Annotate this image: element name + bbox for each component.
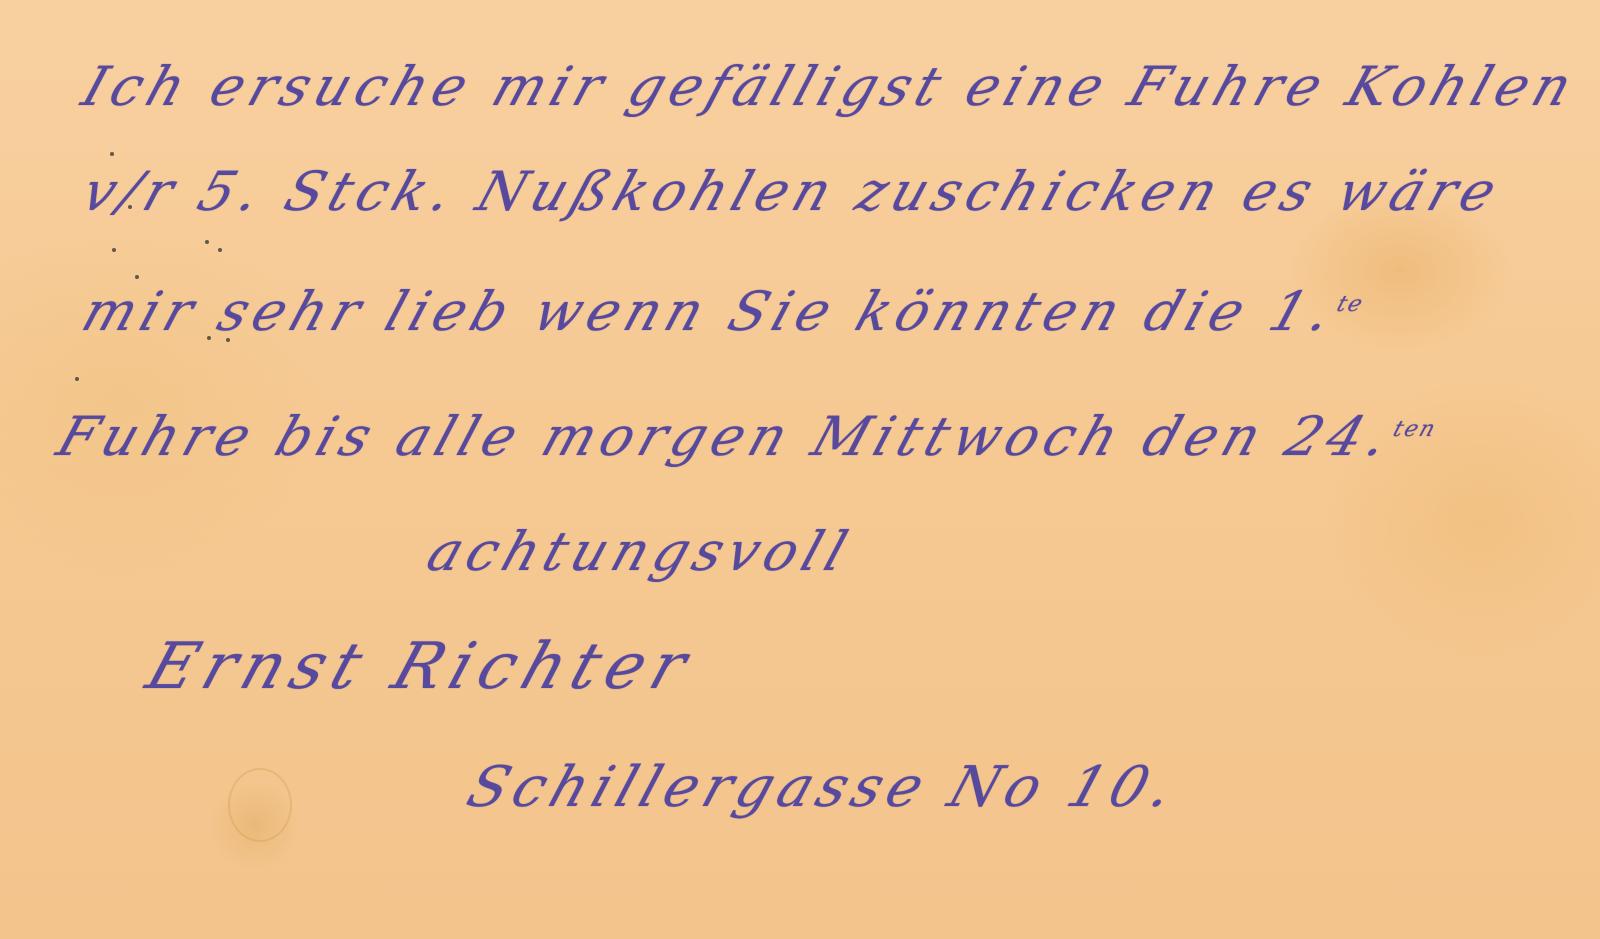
letter-line-1-text: Ich ersuche mir gefälligst eine Fuhre Ko…	[75, 55, 1586, 118]
letter-line-3: mir sehr lieb wenn Sie könnten die 1.te	[75, 280, 1372, 343]
ink-speck	[218, 248, 222, 252]
signature: Ernst Richter	[138, 630, 703, 704]
letter-line-2: v/r 5. Stck. Nußkohlen zuschicken es wär…	[75, 160, 1510, 223]
ink-speck	[205, 240, 209, 244]
ink-speck	[110, 152, 114, 156]
ink-speck	[112, 248, 116, 252]
ink-speck	[135, 275, 139, 279]
ordinal-suffix: ten	[1390, 417, 1440, 442]
letter-line-1: Ich ersuche mir gefälligst eine Fuhre Ko…	[75, 55, 1586, 118]
postcard: Ich ersuche mir gefälligst eine Fuhre Ko…	[0, 0, 1600, 939]
letter-line-4-text: Fuhre bis alle morgen Mittwoch den 24.	[50, 405, 1402, 468]
address: Schillergasse No 10.	[459, 755, 1187, 820]
ink-speck	[75, 377, 79, 381]
letter-line-4: Fuhre bis alle morgen Mittwoch den 24.te…	[50, 405, 1444, 468]
closing: achtungsvoll	[420, 520, 861, 583]
letter-line-2-text: v/r 5. Stck. Nußkohlen zuschicken es wär…	[75, 160, 1510, 223]
water-stain	[228, 768, 292, 842]
letter-line-3-text: mir sehr lieb wenn Sie könnten die 1.	[75, 280, 1346, 343]
